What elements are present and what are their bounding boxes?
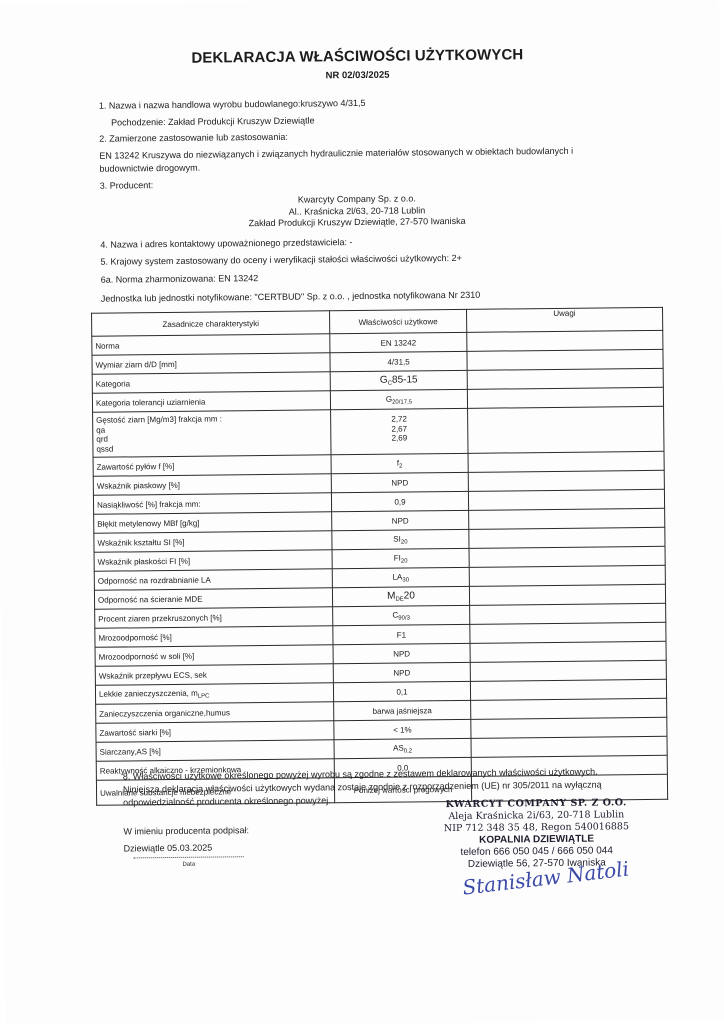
section-8-line-3: odpowiedzialność producenta określonego … bbox=[123, 795, 331, 807]
section-1-product-name: 1. Nazwa i nazwa handlowa wyrobu budowla… bbox=[99, 98, 366, 111]
intended-use-text-1: EN 13242 Kruszywa do niezwiązanych i zwi… bbox=[99, 146, 573, 161]
characteristic-cell: Odporność na ścieranie MDE bbox=[94, 588, 332, 609]
remarks-cell bbox=[471, 736, 667, 757]
remarks-cell bbox=[467, 368, 663, 389]
characteristic-cell: Lekkie zanieczyszczenia, mLPC bbox=[95, 683, 333, 704]
characteristic-cell: Mrozoodporność w soli [%] bbox=[95, 645, 333, 666]
performance-cell: EN 13242 bbox=[330, 332, 467, 352]
section-5-system: 5. Krajowy system zastosowany do oceny i… bbox=[100, 253, 461, 267]
performance-cell: NPD bbox=[332, 510, 469, 530]
performance-cell: f2 bbox=[331, 453, 468, 473]
performance-cell: G20/17,5 bbox=[331, 389, 468, 409]
characteristic-cell: Odporność na rozdrabnianie LA bbox=[94, 569, 332, 590]
date-line bbox=[134, 856, 244, 858]
section-4-representative: 4. Nazwa i adres kontaktowy upoważnioneg… bbox=[100, 237, 352, 250]
remarks-cell bbox=[467, 387, 663, 408]
performance-cell: MDE20 bbox=[333, 586, 470, 606]
performance-cell: GC85-15 bbox=[330, 370, 467, 390]
performance-cell: 0,1 bbox=[334, 681, 471, 701]
header-remarks: Uwagi bbox=[466, 307, 662, 332]
performance-cell: NPD bbox=[333, 662, 470, 682]
intended-use-text-2: budownictwie drogowym. bbox=[99, 163, 200, 174]
performance-cell: barwa jaśniejsza bbox=[334, 700, 471, 720]
characteristic-cell: Zawartość pyłów f [%] bbox=[93, 455, 331, 476]
signed-by-label: W imieniu producenta podpisał: bbox=[123, 825, 249, 836]
characteristic-cell: Wskaźnik przepływu ECS, sek bbox=[95, 664, 333, 685]
remarks-cell bbox=[469, 565, 665, 586]
performance-cell: 2,722,672,69 bbox=[331, 408, 468, 454]
header-characteristics: Zasadnicze charakterystyki bbox=[92, 311, 330, 336]
remarks-cell bbox=[470, 660, 666, 681]
performance-cell: C90/3 bbox=[333, 605, 470, 625]
place-and-date: Dziewiątle 05.03.2025 bbox=[124, 843, 213, 854]
characteristic-cell: Wskaźnik piaskowy [%] bbox=[93, 474, 331, 495]
remarks-cell bbox=[467, 349, 663, 370]
characteristic-cell: Kategoria bbox=[92, 372, 330, 393]
remarks-cell bbox=[467, 330, 663, 351]
section-2-intended-use: 2. Zamierzone zastosowanie lub zastosowa… bbox=[99, 132, 288, 144]
remarks-cell bbox=[470, 698, 666, 719]
characteristic-cell: Wskaźnik płaskości FI [%] bbox=[94, 550, 332, 571]
remarks-cell bbox=[469, 527, 665, 548]
performance-cell: 0,9 bbox=[332, 491, 469, 511]
characteristic-cell: Zanieczyszczenia organiczne,humus bbox=[96, 702, 334, 723]
characteristic-cell: Norma bbox=[92, 334, 330, 355]
remarks-cell bbox=[469, 546, 665, 567]
section-3-producer: 3. Producent: bbox=[100, 180, 154, 191]
origin: Pochodzenie: Zakład Produkcji Kruszyw Dz… bbox=[111, 115, 315, 127]
performance-cell: FI20 bbox=[332, 548, 469, 568]
remarks-cell bbox=[468, 489, 664, 510]
properties-table: Zasadnicze charakterystyki Właściwości u… bbox=[91, 307, 668, 806]
remarks-cell bbox=[468, 470, 664, 491]
characteristic-cell: Procent ziaren przekruszonych [%] bbox=[95, 607, 333, 628]
remarks-cell bbox=[469, 584, 665, 605]
document-title: DEKLARACJA WŁAŚCIWOŚCI UŻYTKOWYCH bbox=[0, 44, 719, 69]
remarks-cell bbox=[469, 603, 665, 624]
remarks-cell bbox=[468, 451, 664, 472]
performance-cell: < 1% bbox=[334, 719, 471, 739]
characteristic-cell: Gęstość ziarn [Mg/m3] frakcja mm :qaqrdq… bbox=[93, 410, 332, 457]
characteristic-cell: Siarczany,AS [%] bbox=[96, 740, 334, 761]
section-6a-standard: 6a. Norma zharmonizowana: EN 13242 bbox=[101, 273, 259, 285]
characteristic-cell: Wymiar ziarn d/D [mm] bbox=[92, 353, 330, 374]
characteristic-cell: Mrozoodporność [%] bbox=[95, 626, 333, 647]
table-row: Gęstość ziarn [Mg/m3] frakcja mm :qaqrdq… bbox=[93, 406, 664, 457]
characteristic-cell: Zawartość siarki [%] bbox=[96, 721, 334, 742]
performance-cell: SI20 bbox=[332, 529, 469, 549]
characteristic-cell: Kategoria tolerancji uziarnienia bbox=[92, 391, 330, 412]
remarks-cell bbox=[470, 641, 666, 662]
notified-body: Jednostka lub jednostki notyfikowane: "C… bbox=[101, 290, 481, 304]
remarks-cell bbox=[471, 717, 667, 738]
remarks-cell bbox=[470, 622, 666, 643]
performance-cell: NPD bbox=[333, 643, 470, 663]
performance-cell: LA30 bbox=[332, 567, 469, 587]
declaration-page: DEKLARACJA WŁAŚCIWOŚCI UŻYTKOWYCH NR 02/… bbox=[0, 0, 724, 1024]
performance-cell: 4/31,5 bbox=[330, 351, 467, 371]
remarks-cell bbox=[470, 679, 666, 700]
characteristic-cell: Błękit metylenowy MBf [g/kg] bbox=[94, 512, 332, 533]
date-label: Data bbox=[134, 861, 244, 868]
document-number: NR 02/03/2025 bbox=[0, 66, 720, 85]
characteristic-cell: Wskaźnik kształtu SI [%] bbox=[94, 531, 332, 552]
performance-cell: NPD bbox=[331, 472, 468, 492]
producer-block: Kwarcyty Company Sp. z o.o. Al.. Kraśnic… bbox=[147, 192, 567, 231]
performance-cell: AS0,2 bbox=[334, 738, 471, 758]
performance-cell: F1 bbox=[333, 624, 470, 644]
characteristic-cell: Nasiąkliwość [%] frakcja mm: bbox=[93, 493, 331, 514]
header-performance: Właściwości użytkowe bbox=[330, 309, 467, 333]
remarks-cell bbox=[467, 406, 664, 453]
remarks-cell bbox=[468, 508, 664, 529]
